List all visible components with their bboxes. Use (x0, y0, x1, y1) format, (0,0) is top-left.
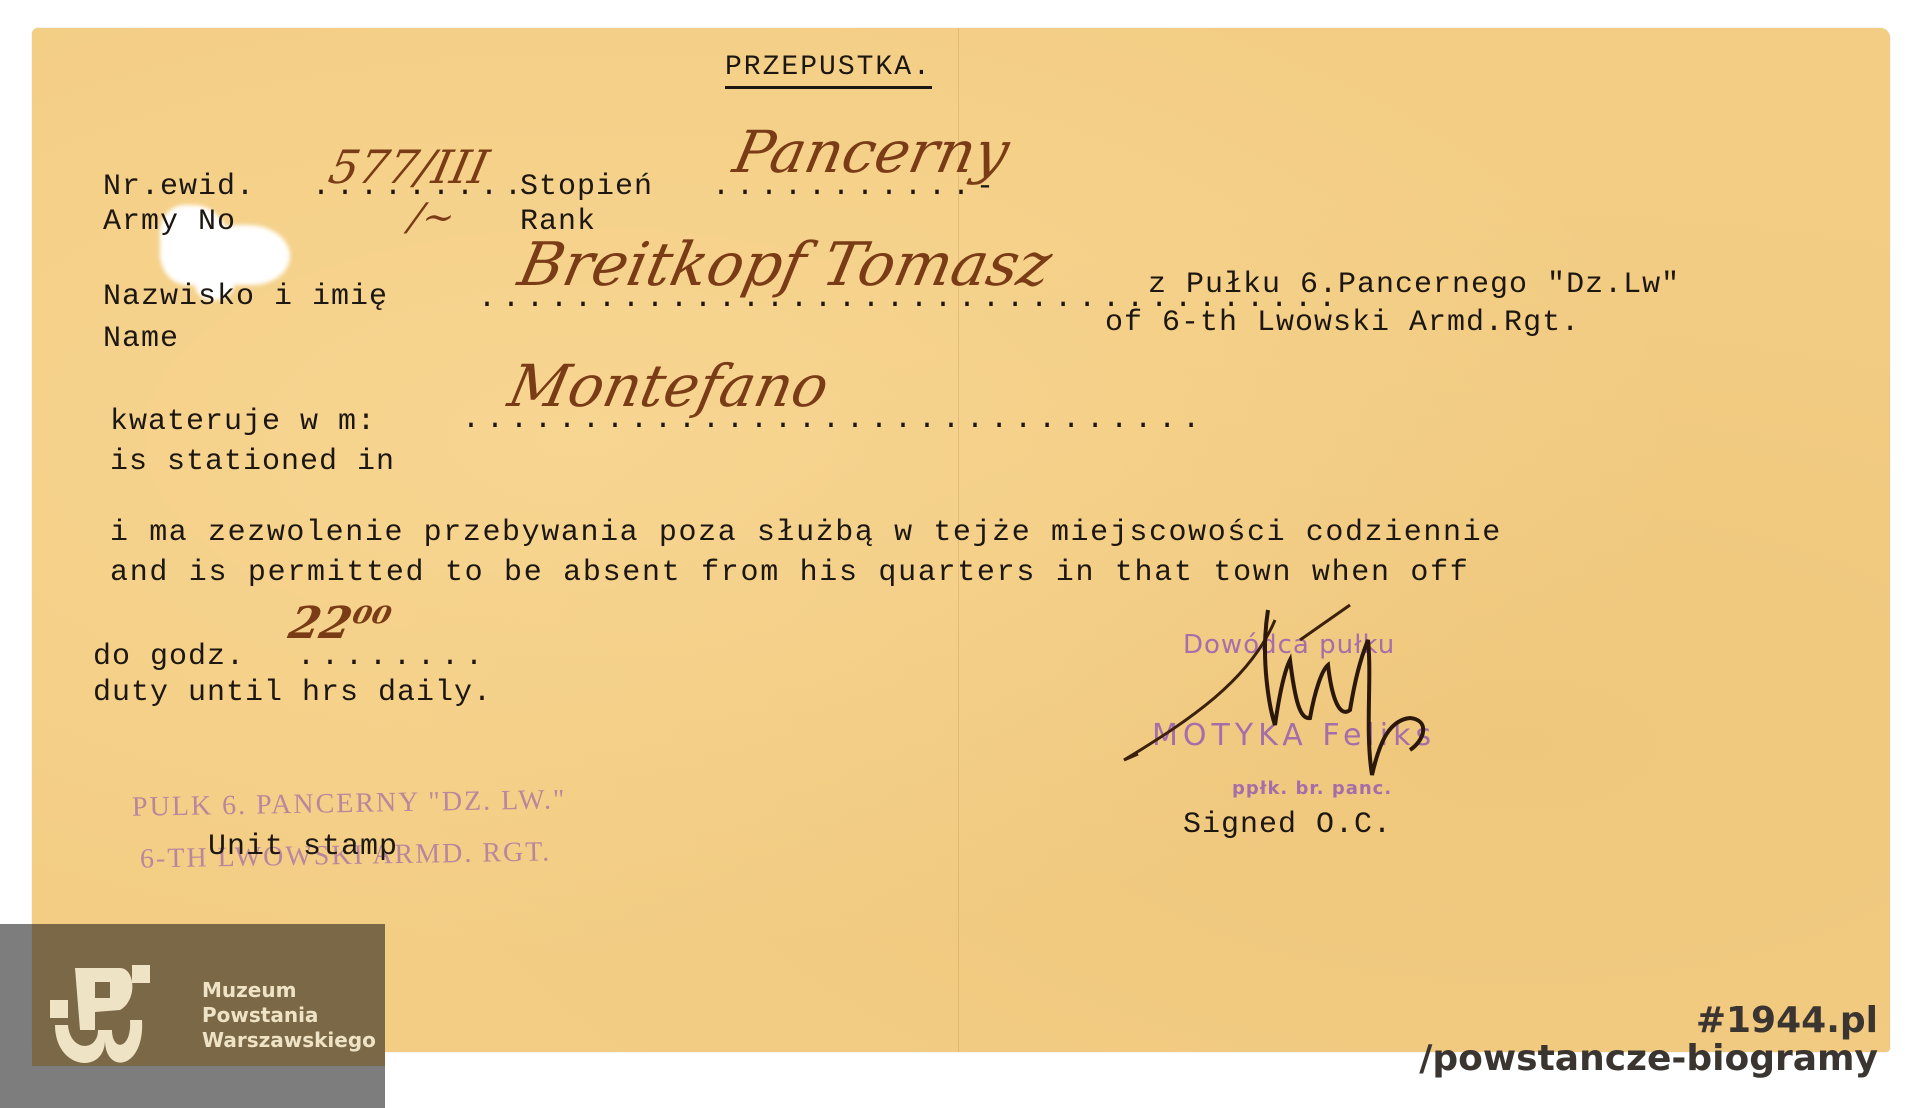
unit-pl: z Pułku 6.Pancernego "Dz.Lw" (1148, 268, 1680, 302)
watermark-site: #1944.pl (1696, 1000, 1878, 1041)
until-label-en: duty until hrs daily. (93, 676, 492, 710)
ewid-value-mark: /~ (405, 195, 459, 239)
name-label-en: Name (103, 322, 179, 356)
museum-name-line1: Muzeum (202, 978, 376, 1003)
until-label-pl: do godz. (93, 640, 245, 674)
ewid-label-en: Army No (103, 205, 236, 239)
document-title: PRZEPUSTKA. (725, 52, 932, 89)
watermark-path: /powstancze-biogramy (1419, 1038, 1878, 1079)
unit-stamp-label: Unit stamp (208, 830, 398, 864)
rank-label-pl: Stopień (520, 170, 653, 204)
quarters-label-en: is stationed in (110, 445, 395, 479)
permission-pl: i ma zezwolenie przebywania poza służbą … (110, 516, 1502, 550)
commander-signature (1110, 600, 1440, 840)
quarters-value: Montefano (503, 352, 835, 420)
museum-name: Muzeum Powstania Warszawskiego (202, 978, 376, 1053)
museum-logo-box: Muzeum Powstania Warszawskiego (0, 924, 385, 1108)
name-value: Breitkopf Tomasz (513, 230, 1058, 300)
ewid-value: 577/III (324, 140, 493, 194)
quarters-label-pl: kwateruje w m: (110, 405, 376, 439)
name-label-pl: Nazwisko i imię (103, 280, 388, 314)
unit-en: of 6-th Lwowski Armd.Rgt. (1105, 306, 1580, 340)
signed-label: Signed O.C. (1183, 808, 1392, 842)
permission-en: and is permitted to be absent from his q… (110, 556, 1470, 590)
ewid-label-pl: Nr.ewid. (103, 170, 255, 204)
until-value: 22⁰⁰ (285, 598, 396, 649)
anchor-symbol-icon (50, 960, 150, 1068)
rank-value: Pancerny (728, 118, 1015, 186)
museum-name-line3: Warszawskiego (202, 1028, 376, 1053)
museum-name-line2: Powstania (202, 1003, 376, 1028)
